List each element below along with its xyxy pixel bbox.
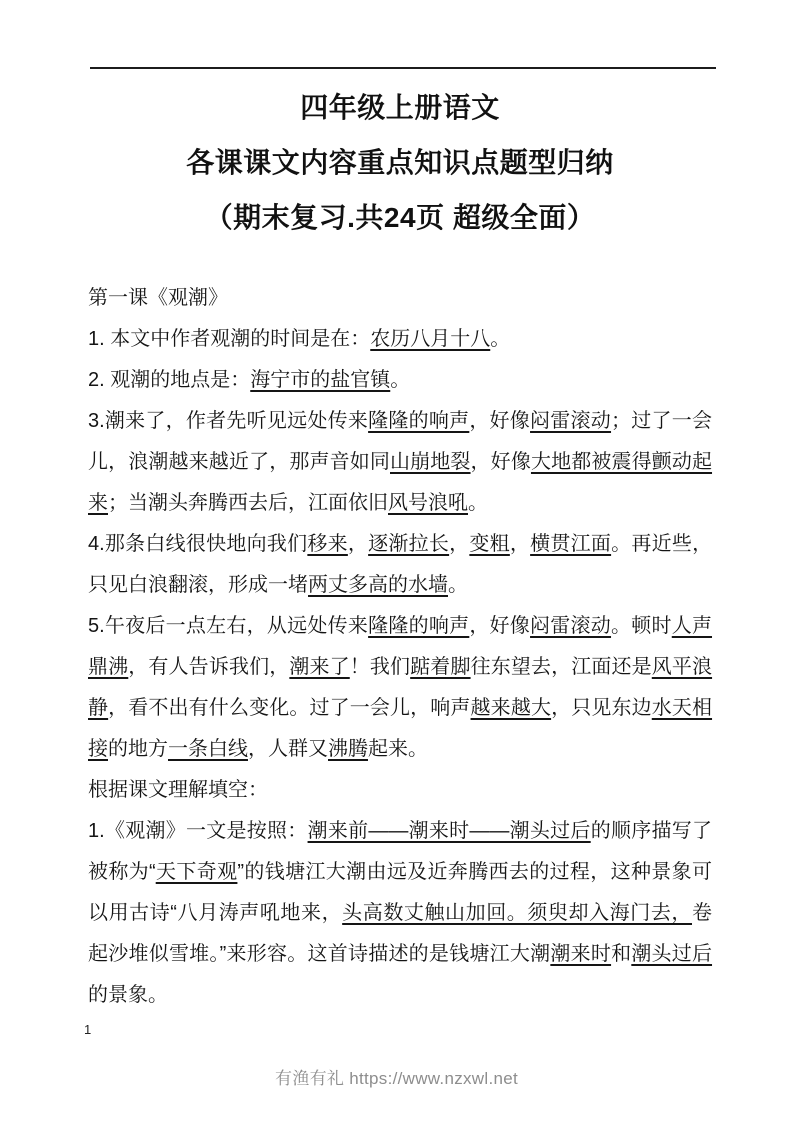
paragraph: 2. 观潮的地点是：海宁市的盐官镇。 (88, 360, 712, 401)
footer-site-text: 有渔有礼 https://www.nzxwl.net (0, 1064, 793, 1089)
title-line-2: 各课课文内容重点知识点题型归纳 (88, 135, 712, 190)
text-run: ，看不出有什么变化。过了一会儿，响声 (108, 697, 470, 719)
text-run: ，好像 (469, 615, 530, 637)
underlined-text: 山崩地裂 (390, 451, 471, 473)
text-run: ，好像 (471, 451, 531, 473)
text-run: 。 (390, 369, 410, 391)
underlined-text: 头高数丈触山加回。须臾却入海门去， (342, 902, 692, 924)
underlined-text: 一条白线 (168, 738, 248, 760)
text-run: 第一课《观潮》 (88, 287, 228, 309)
underlined-text: 隆隆的响声 (368, 410, 469, 432)
title-line-3: （期末复习.共24页 超级全面） (88, 190, 712, 245)
text-run: 。顿时 (611, 615, 672, 637)
paragraph: 根据课文理解填空： (88, 770, 712, 811)
underlined-text: 移来 (307, 533, 348, 555)
underlined-text: 踮着脚 (410, 656, 470, 678)
paragraph: 3.潮来了，作者先听见远处传来隆隆的响声，好像闷雷滚动；过了一会儿，浪潮越来越近… (88, 401, 712, 524)
text-run: ， (449, 533, 469, 555)
paragraph: 第一课《观潮》 (88, 278, 712, 319)
text-run: ， (348, 533, 368, 555)
paragraph: 1. 本文中作者观潮的时间是在：农历八月十八。 (88, 319, 712, 360)
title-block: 四年级上册语文 各课课文内容重点知识点题型归纳 （期末复习.共24页 超级全面） (88, 80, 712, 245)
text-run: ， (510, 533, 530, 555)
document-body: 第一课《观潮》1. 本文中作者观潮的时间是在：农历八月十八。2. 观潮的地点是：… (88, 278, 712, 1016)
underlined-text: 越来越大 (471, 697, 552, 719)
text-run: 。 (448, 574, 468, 596)
header-divider (90, 67, 716, 69)
document-page: 四年级上册语文 各课课文内容重点知识点题型归纳 （期末复习.共24页 超级全面）… (0, 0, 793, 1122)
text-run: 4.那条白线很快地向我们 (88, 533, 307, 555)
text-run: 1.《观潮》一文是按照： (88, 820, 308, 842)
text-run: ，人群又 (248, 738, 328, 760)
underlined-text: 潮来时 (550, 943, 611, 965)
text-run: ，只见东边 (551, 697, 652, 719)
text-run: 和 (611, 943, 631, 965)
text-run: 起来。 (368, 738, 428, 760)
page-number: 1 (84, 1022, 91, 1037)
paragraph: 1.《观潮》一文是按照：潮来前——潮来时——潮头过后的顺序描写了被称为“天下奇观… (88, 811, 712, 1016)
underlined-text: 沸腾 (328, 738, 368, 760)
underlined-text: 潮头过后 (631, 943, 712, 965)
paragraph: 4.那条白线很快地向我们移来，逐渐拉长，变粗，横贯江面。再近些，只见白浪翻滚，形… (88, 524, 712, 606)
underlined-text: 横贯江面 (530, 533, 611, 555)
underlined-text: 潮来了 (289, 656, 349, 678)
text-run: 往东望去，江面还是 (471, 656, 652, 678)
underlined-text: 潮来前——潮来时——潮头过后 (308, 820, 591, 842)
text-run: 5.午夜后一点左右，从远处传来 (88, 615, 368, 637)
text-run: ；当潮头奔腾西去后，江面依旧 (108, 492, 388, 514)
underlined-text: 隆隆的响声 (368, 615, 469, 637)
paragraph: 5.午夜后一点左右，从远处传来隆隆的响声，好像闷雷滚动。顿时人声鼎沸，有人告诉我… (88, 606, 712, 770)
text-run: 。 (468, 492, 488, 514)
underlined-text: 两丈多高的水墙 (308, 574, 448, 596)
underlined-text: 风号浪吼 (388, 492, 468, 514)
underlined-text: 农历八月十八 (370, 328, 490, 350)
underlined-text: 海宁市的盐官镇 (250, 369, 390, 391)
underlined-text: 闷雷滚动 (530, 410, 611, 432)
underlined-text: 变粗 (469, 533, 510, 555)
text-run: 的景象。 (88, 984, 168, 1006)
underlined-text: 闷雷滚动 (530, 615, 611, 637)
text-run: 2. 观潮的地点是： (88, 369, 250, 391)
title-line-1: 四年级上册语文 (88, 80, 712, 135)
text-run: ，有人告诉我们， (128, 656, 289, 678)
text-run: 根据课文理解填空： (88, 779, 268, 801)
text-run: 3.潮来了，作者先听见远处传来 (88, 410, 368, 432)
underlined-text: 逐渐拉长 (368, 533, 449, 555)
text-run: 1. 本文中作者观潮的时间是在： (88, 328, 370, 350)
text-run: 的地方 (108, 738, 168, 760)
text-run: ！我们 (350, 656, 410, 678)
text-run: 。 (490, 328, 510, 350)
underlined-text: 天下奇观 (156, 861, 238, 883)
text-run: ，好像 (469, 410, 530, 432)
